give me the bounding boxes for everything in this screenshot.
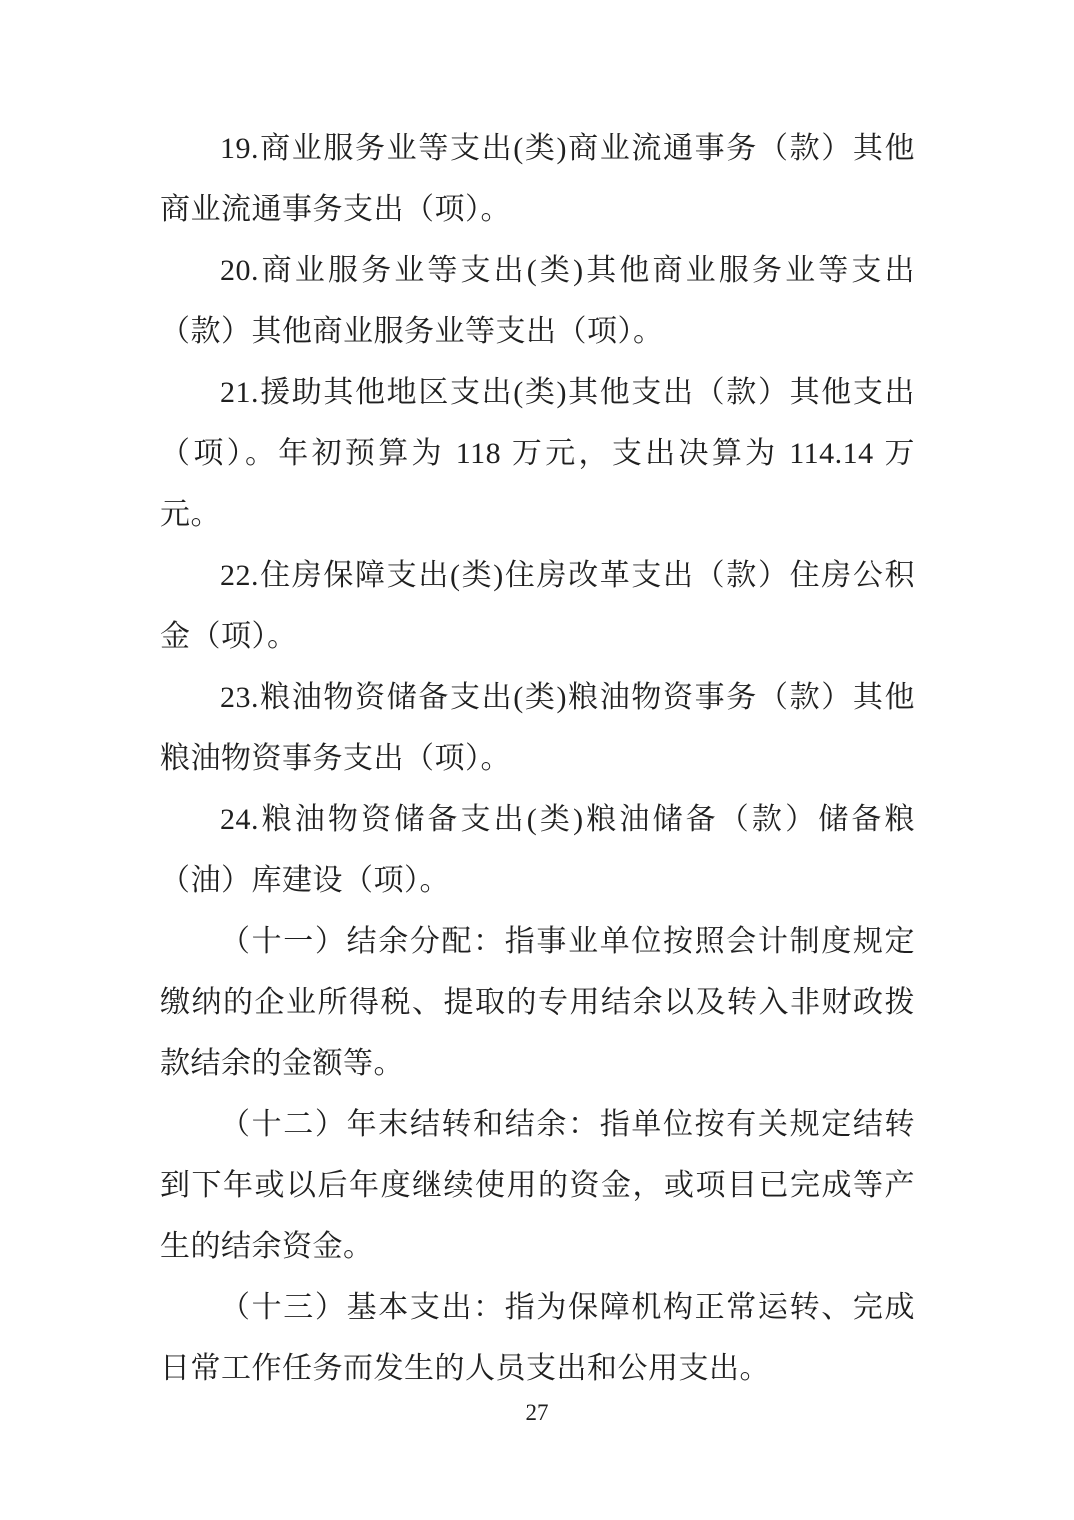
paragraph-item-23: 23.粮油物资储备支出(类)粮油物资事务（款）其他粮油物资事务支出（项）。 <box>160 667 915 789</box>
paragraph-item-21: 21.援助其他地区支出(类)其他支出（款）其他支出（项）。年初预算为 118 万… <box>160 362 915 545</box>
paragraph-item-20: 20.商业服务业等支出(类)其他商业服务业等支出（款）其他商业服务业等支出（项）… <box>160 240 915 362</box>
paragraph-definition-12: （十二）年末结转和结余：指单位按有关规定结转到下年或以后年度继续使用的资金，或项… <box>160 1094 915 1277</box>
paragraph-definition-11: （十一）结余分配：指事业单位按照会计制度规定缴纳的企业所得税、提取的专用结余以及… <box>160 911 915 1094</box>
paragraph-item-19: 19.商业服务业等支出(类)商业流通事务（款）其他商业流通事务支出（项）。 <box>160 118 915 240</box>
paragraph-item-24: 24.粮油物资储备支出(类)粮油储备（款）储备粮（油）库建设（项）。 <box>160 789 915 911</box>
paragraph-definition-13: （十三）基本支出：指为保障机构正常运转、完成日常工作任务而发生的人员支出和公用支… <box>160 1277 915 1399</box>
paragraph-item-22: 22.住房保障支出(类)住房改革支出（款）住房公积金（项）。 <box>160 545 915 667</box>
page-footer: 27 <box>0 1400 1074 1426</box>
document-page: 19.商业服务业等支出(类)商业流通事务（款）其他商业流通事务支出（项）。 20… <box>0 0 1074 1520</box>
document-body: 19.商业服务业等支出(类)商业流通事务（款）其他商业流通事务支出（项）。 20… <box>160 118 915 1399</box>
page-number: 27 <box>526 1400 549 1425</box>
